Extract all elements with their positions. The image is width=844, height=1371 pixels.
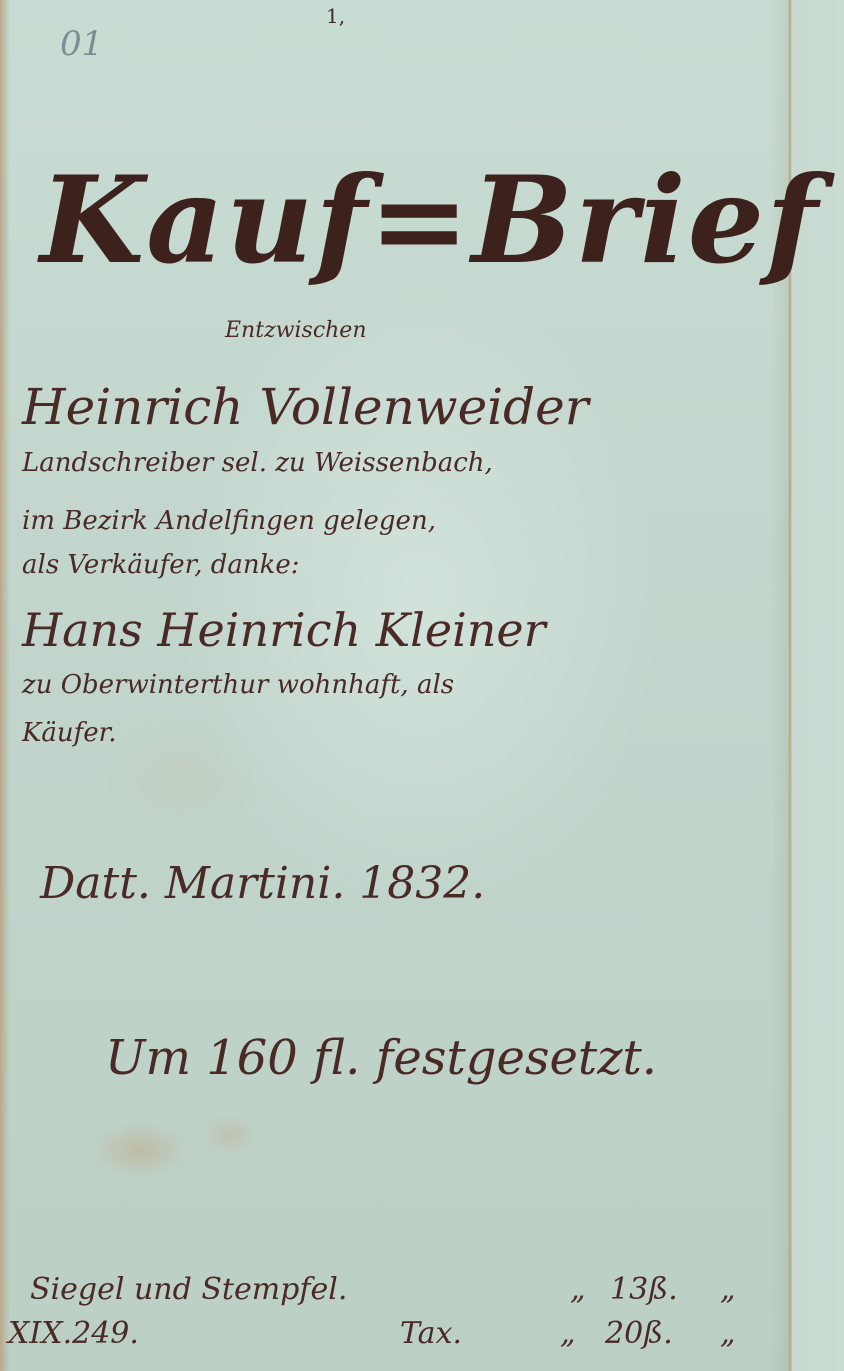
buyer-line: Käufer. bbox=[22, 718, 117, 748]
purchase-price: Um 160 fl. festgesetzt. bbox=[105, 1030, 657, 1086]
document-date: Datt. Martini. 1832. bbox=[40, 858, 485, 909]
buyer-name: Hans Heinrich Kleiner bbox=[22, 603, 546, 657]
document-title: Kauf=Brief bbox=[40, 150, 820, 291]
ditto-mark: „ bbox=[720, 1316, 736, 1351]
archive-mark: 01 bbox=[60, 24, 103, 64]
fee-amount: 13ß. bbox=[610, 1272, 678, 1307]
seller-line: im Bezirk Andelfingen gelegen, bbox=[22, 506, 436, 536]
fee-label: Tax. bbox=[400, 1316, 462, 1351]
fee-label: Siegel und Stempfel. bbox=[30, 1272, 347, 1307]
buyer-line: zu Oberwinterthur wohnhaft, als bbox=[22, 670, 454, 700]
document-page: 1, 01 Kauf=Brief Entzwischen Heinrich Vo… bbox=[0, 0, 844, 1371]
ditto-mark: „ bbox=[720, 1272, 736, 1307]
ditto-mark: „ bbox=[570, 1272, 586, 1307]
reference-number: XIX.249. bbox=[8, 1316, 139, 1351]
ditto-mark: „ bbox=[560, 1316, 576, 1351]
seller-line: Landschreiber sel. zu Weissenbach, bbox=[22, 448, 493, 478]
page-number: 1, bbox=[326, 4, 345, 28]
page-left-edge bbox=[0, 0, 10, 1371]
document-subtitle: Entzwischen bbox=[225, 318, 367, 343]
seller-name: Heinrich Vollenweider bbox=[22, 378, 589, 436]
seller-line: als Verkäufer, danke: bbox=[22, 550, 300, 580]
fee-amount: 20ß. bbox=[605, 1316, 673, 1351]
